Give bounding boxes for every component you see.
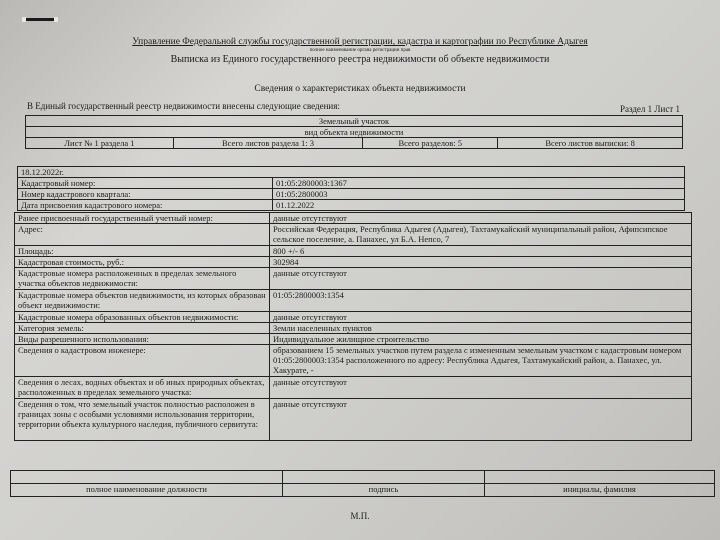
- row-value: 302984: [270, 257, 692, 268]
- table-row: Сведения о том, что земельный участок по…: [15, 399, 692, 441]
- row-value: Земли населенных пунктов: [270, 323, 692, 334]
- table-row: Кадастровый номер: 01:05:2800003:1367: [18, 178, 685, 189]
- organization-name: Управление Федеральной службы государств…: [0, 37, 720, 47]
- properties-table: Ранее присвоенный государственный учетны…: [14, 212, 692, 441]
- row-label: Номер кадастрового квартала:: [18, 189, 273, 200]
- row-value: 800 +/- 6: [270, 246, 692, 257]
- position-field: [11, 471, 283, 484]
- row-label: Кадастровая стоимость, руб.:: [15, 257, 270, 268]
- header-table: Земельный участок вид объекта недвижимос…: [25, 115, 683, 149]
- row-label: Дата присвоения кадастрового номера:: [18, 200, 273, 211]
- paper-clip-icon: [25, 18, 55, 21]
- table-row: Сведения о кадастровом инженере:образова…: [15, 345, 692, 377]
- name-caption: инициалы, фамилия: [485, 484, 715, 497]
- sheet-reference: Раздел 1 Лист 1: [620, 104, 680, 114]
- row-label: Кадастровые номера объектов недвижимости…: [15, 290, 270, 312]
- row-label: Сведения о том, что земельный участок по…: [15, 399, 270, 441]
- sheet-number: Лист № 1 раздела 1: [26, 138, 174, 149]
- intro-text: В Единый государственный реестр недвижим…: [27, 101, 340, 111]
- row-value: данные отсутствуют: [270, 213, 692, 224]
- total-sheets: Всего листов выписки: 8: [498, 138, 683, 149]
- signature-caption: подпись: [283, 484, 485, 497]
- document-page: Управление Федеральной службы государств…: [0, 0, 720, 540]
- total-sections: Всего разделов: 5: [363, 138, 498, 149]
- organization-caption: полное наименование органа регистрации п…: [0, 48, 720, 53]
- row-label: Категория земель:: [15, 323, 270, 334]
- row-value: 01:05:2800003:1367: [273, 178, 685, 189]
- table-row: Номер кадастрового квартала: 01:05:28000…: [18, 189, 685, 200]
- extract-date: 18.12.2022г.: [18, 167, 685, 178]
- sheets-in-section: Всего листов раздела 1: 3: [173, 138, 362, 149]
- table-row: Дата присвоения кадастрового номера: 01.…: [18, 200, 685, 211]
- row-value: данные отсутствуют: [270, 399, 692, 441]
- table-row: Площадь:800 +/- 6: [15, 246, 692, 257]
- stamp-placeholder: М.П.: [0, 511, 720, 521]
- row-value: 01:05:2800003: [273, 189, 685, 200]
- row-label: Кадастровые номера расположенных в преде…: [15, 268, 270, 290]
- row-value: 01:05:2800003:1354: [270, 290, 692, 312]
- row-label: Сведения о лесах, водных объектах и об и…: [15, 377, 270, 399]
- signature-table: полное наименование должности подпись ин…: [10, 470, 715, 497]
- row-label: Ранее присвоенный государственный учетны…: [15, 213, 270, 224]
- row-label: Площадь:: [15, 246, 270, 257]
- name-field: [485, 471, 715, 484]
- table-row: Адрес:Российская Федерация, Республика А…: [15, 224, 692, 246]
- row-value: Индивидуальное жилищное строительство: [270, 334, 692, 345]
- row-value: 01.12.2022: [273, 200, 685, 211]
- row-label: Сведения о кадастровом инженере:: [15, 345, 270, 377]
- object-type: Земельный участок: [26, 116, 683, 127]
- signature-field: [283, 471, 485, 484]
- position-caption: полное наименование должности: [11, 484, 283, 497]
- row-label: Виды разрешенного использования:: [15, 334, 270, 345]
- row-value: данные отсутствуют: [270, 312, 692, 323]
- row-label: Адрес:: [15, 224, 270, 246]
- table-row: Ранее присвоенный государственный учетны…: [15, 213, 692, 224]
- row-value: Российская Федерация, Республика Адыгея …: [270, 224, 692, 246]
- table-row: Кадастровые номера расположенных в преде…: [15, 268, 692, 290]
- document-title: Выписка из Единого государственного реес…: [0, 54, 720, 65]
- table-row: Сведения о лесах, водных объектах и об и…: [15, 377, 692, 399]
- table-row: Категория земель:Земли населенных пункто…: [15, 323, 692, 334]
- object-type-caption: вид объекта недвижимости: [26, 127, 683, 138]
- table-row: Кадастровые номера объектов недвижимости…: [15, 290, 692, 312]
- table-row: Кадастровая стоимость, руб.:302984: [15, 257, 692, 268]
- table-row: Виды разрешенного использования:Индивиду…: [15, 334, 692, 345]
- table-row: Кадастровые номера образованных объектов…: [15, 312, 692, 323]
- row-value: образованием 15 земельных участков путем…: [270, 345, 692, 377]
- row-label: Кадастровый номер:: [18, 178, 273, 189]
- row-value: данные отсутствуют: [270, 268, 692, 290]
- section-title: Сведения о характеристиках объекта недви…: [0, 84, 720, 94]
- meta-table: 18.12.2022г. Кадастровый номер: 01:05:28…: [17, 166, 685, 211]
- row-value: данные отсутствуют: [270, 377, 692, 399]
- row-label: Кадастровые номера образованных объектов…: [15, 312, 270, 323]
